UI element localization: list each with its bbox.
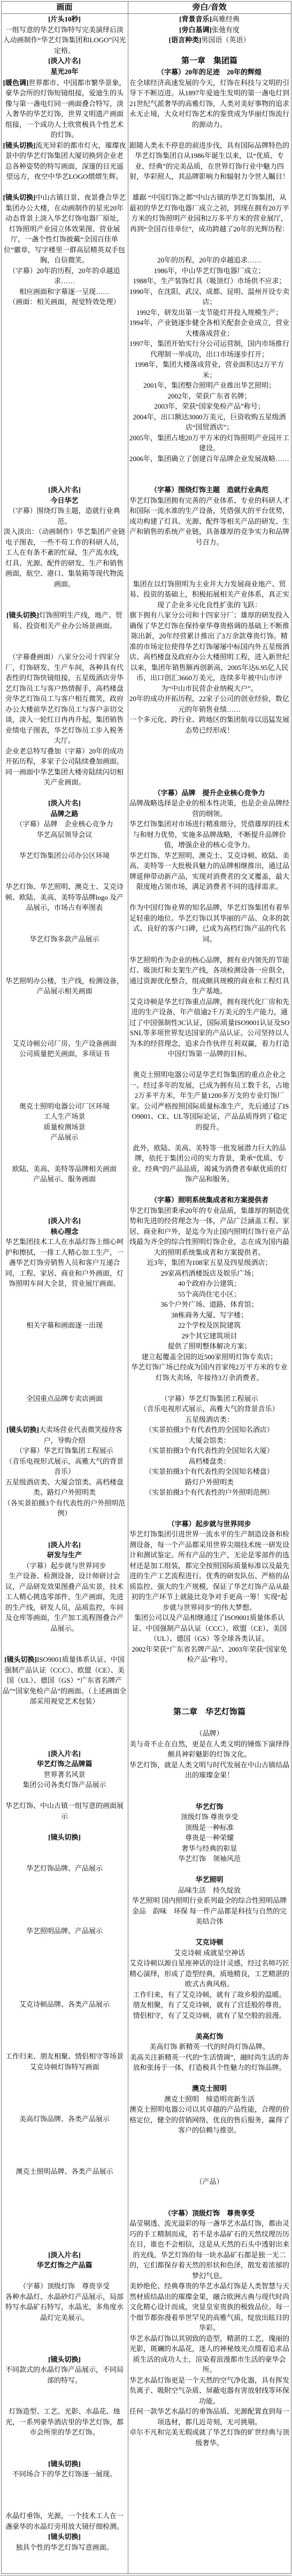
script-line: [旁白基调]张弛有度 (129, 25, 290, 35)
text-run: 2006年，集团确立了创建百年品牌企业发展战略…… (129, 455, 289, 463)
script-line: 华艺灯饰之产品篇 (3, 2260, 127, 2271)
bold-run: 华艺灯饰 (195, 1803, 223, 1811)
text-run: （音乐电视形式展示，高雅大气的背景音乐） (140, 1405, 279, 1413)
text-run: 集团公司以及产品相继通过了ISO9001质量体系认证、中国强制产品认证（CCC）… (132, 1614, 287, 1643)
blank-line (3, 1842, 127, 1853)
script-line: 2002年荣获“广东省名牌产品”、2003年荣获“国家免检产品”称号。 (129, 1644, 290, 1665)
blank-line (129, 547, 290, 558)
section-row: [淡入片名]华艺灯饰之产品篇 （字幕）顶级灯饰 尊贵享受各种水晶灯、水晶砂灯产品… (1, 2176, 291, 2574)
script-line: 五星级酒店类、大厦会馆类、高档楼盘类、路灯户外照明类 (3, 1477, 127, 1498)
blank-line (129, 1791, 290, 1802)
script-line: 华艺灯饰，就是人类文明与时代发展在中山古镇结晶出的璀璨金果！ (129, 1760, 290, 1781)
script-line: 2003年，荣获“国家免检产品”称号； (129, 401, 290, 412)
blank-line (3, 2218, 127, 2229)
blank-line (3, 1195, 127, 1206)
script-line: 华艺灯饰集团拥有完善的产业体系、专业的科研人才和国际一流水准的生产设备，凭借强大… (129, 495, 290, 548)
script-line: 1994年，产业链逐步健全各相关配套企业成立，营业大楼落成营业； (129, 318, 290, 338)
text-run: 建立起覆盖全国的近500家照明灯饰专卖店； (142, 1353, 278, 1361)
blank-line (3, 1331, 127, 1342)
script-line: 研发与生产 (3, 1550, 127, 1561)
bold-run: [镜头切换] (6, 1426, 39, 1434)
text-run: （字幕）围绕灯饰主题，造就行业典范。 (9, 507, 120, 525)
bold-run: [背景音乐] (179, 15, 212, 23)
script-line: 美妙绝伦、经典尊贵的华艺水晶灯饰是人类智慧与天然材质结晶出的璀璨金果，融合欧洲古… (129, 2281, 290, 2333)
script-line: 世界著名风景 (3, 1769, 127, 1780)
blank-line (129, 234, 290, 245)
text-run: 晶莹剔透、流光溢彩的每一盏华艺水晶灯饰，都由灵巧的手工精制而成，若不是水晶矿石的… (129, 2219, 289, 2280)
blank-line (3, 1352, 127, 1362)
bold-run: 澳克士照明 (192, 2084, 227, 2092)
blank-line (3, 1028, 127, 1038)
text-run: 华艺照明作为企业的核心品牌，拥有业内领先的节能灯、吸顶灯和支架生产线，各项检测设… (129, 956, 289, 996)
blank-line (3, 1404, 127, 1414)
blank-line (3, 2083, 127, 2093)
blank-line (3, 1874, 127, 1885)
bold-run: [镜头切换] (3, 141, 36, 149)
blank-line (129, 182, 290, 193)
text-run: 1998年，集团大楼落成营业，营业面积达2万平方米； (135, 360, 285, 379)
bold-run: 第二章 华艺灯饰篇 (173, 1708, 245, 1716)
blank-line (3, 1362, 127, 1373)
script-line: （字幕）围绕灯饰主题 造就行业典范 (129, 485, 290, 495)
text-run: 全国重点品牌专卖店画面 (26, 1395, 103, 1403)
text-run: 1997年，集团开始实行分公司运营制，国内市场推行代理制一举成功，出口市场逐步打… (129, 340, 289, 358)
text-run: 独具个性的华艺灯饰写意画面。 (16, 2543, 113, 2551)
script-line: 全国重点品牌专卖店画面 (3, 1394, 127, 1404)
script-line: 顶级灯饰 尊贵享受 (129, 1812, 290, 1822)
text-run: 任何一款华艺水晶灯的垂饰品质、光源配置直到每一项选材，都几近苛刻，无可挑剔。 (129, 2407, 289, 2426)
bold-run: （字幕）起步就与世界同步 (167, 1520, 251, 1528)
blank-line (129, 2021, 290, 2031)
script-line: 1997年，集团开始实行分公司运营制，国内市场推行代理制一举成功，出口市场逐步打… (129, 338, 290, 359)
section-row: [暖色调]世界都市、中国都市繁华景象，豪华会所的灯饰短镜组接，爱迪生的头像与第一… (1, 78, 291, 193)
text-run: 29家高档酒楼饭店及娱乐广场； (160, 1269, 258, 1277)
script-line: 产品展示 (3, 1132, 127, 1143)
text-run: 旗下拥有八家分公司和十四家分厂；雄厚的研发投入确保了华艺灯饰在保持豪华尊贵格调的… (129, 611, 289, 692)
script-line: 高档楼盘类： (129, 1456, 290, 1467)
bold-run: 艾克诗顿 (195, 1938, 223, 1946)
script-line: 雄踞 “中国灯饰之都”中山古镇的华艺灯饰集团，从最初的华艺灯饰电器厂成立之初，到… (129, 192, 290, 234)
script-line: [淡入片名] (3, 1749, 127, 1759)
blank-line (3, 1957, 127, 1968)
text-run: 提供了照明整体解决方案； (167, 1342, 251, 1350)
text-run: 情侣相守，有了艾克诗顿，就有了星空般的浪漫。 (133, 2012, 286, 2020)
text-run: （字幕）起步就与世界同步 (22, 1562, 106, 1570)
script-line: 华艺水晶灯饰以其别致的造型，精湛的工艺，瑰丽的光影，斑斓的水晶花，迷人的神秘烛光… (129, 2333, 290, 2375)
text-run: 水晶灯垂饰，光源，一个技术工人在一盏豪华的水晶灯旁用放大镜仔细检测。 (5, 2512, 124, 2530)
script-line: [镜头切换]灯饰照明生产线，地产、贸易、投资相关产业办公场景画面。 (3, 610, 127, 631)
script-line: 卓尔不凡和完美无瑕成就了华艺灯饰的旷世经典与顶级奢华。 (129, 2427, 290, 2448)
blank-line (129, 1718, 290, 1729)
blank-line (3, 2020, 127, 2031)
blank-line (3, 2396, 127, 2407)
narration-cell: （产品） （字幕）顶级灯饰 尊贵享受晶莹剔透、流光溢彩的每一盏华艺水晶灯饰，都由… (128, 2176, 291, 2574)
script-line: 华艺灯饰、华艺照明、澳克士、艾克诗顿、欧陆、美高、美特等一大批极具魅力的品牌相继… (129, 850, 290, 892)
script-line: 华艺灯饰集团秉承20年的专业品质，集雄厚的制造优势和先进的经营理念为一体，产品广… (129, 1206, 290, 1258)
blank-line (129, 130, 290, 140)
script-line: [淡入片名] (3, 1540, 127, 1550)
text-run: 产品展示 (50, 1133, 78, 1141)
script-line: [暖色调]世界都市、中国都市繁华景象，豪华会所的灯饰短镜组接，爱迪生的头像与第一… (3, 78, 127, 140)
blank-line (3, 2187, 127, 2198)
script-line: [淡入片名] (3, 2250, 127, 2261)
blank-line (129, 2197, 290, 2208)
narration-cell: （字幕）围绕灯饰主题 造就行业典范华艺灯饰集团拥有完善的产业体系、专业的科研人才… (128, 485, 291, 788)
text-run: 高档楼盘类： (188, 1457, 230, 1465)
script-line: 顶级是一种标准 (129, 1822, 290, 1833)
blank-line (3, 589, 127, 600)
section-row: [片头10秒]一组写意的华艺灯饰特写完美演绎后淡入动画制作“华艺灯饰集团和LOG… (1, 14, 291, 78)
text-run: 不同款式的水晶灯饰产品展示，不同局部的特写。 (5, 2366, 124, 2384)
blank-line (3, 965, 127, 976)
script-line: 38栋商务大厦、写字楼； (129, 1310, 290, 1321)
script-line: 一组写意的华艺灯饰特写完美演绎后淡入动画制作“华艺灯饰集团和LOGO”闪光定格。 (3, 25, 127, 56)
blank-line (3, 1069, 127, 1080)
visuals-cell: [淡入片名]今日华艺（字幕）围绕灯饰主题，造就行业典范。淡入淡出：（动画制作）华… (1, 485, 128, 788)
script-line: 产品展示、服务画面 (3, 1174, 127, 1185)
text-run: 1992年，研发出第一支节能灯并投入规模生产； (136, 308, 282, 317)
blank-line (129, 1927, 290, 1938)
text-run: （产品） (195, 2178, 223, 2186)
text-run: 华艺灯饰集团秉承20年的专业品质，集雄厚的制造优势和先进的经营理念为一体，产品广… (129, 1207, 289, 1256)
text-run: 2001年，集团整合照明产业推出华艺照明； (143, 381, 275, 389)
text-run: 路灯户外照明类 (185, 1478, 234, 1486)
text-run: 灯饰造型、工艺、光影、水晶花、烛光，一系列豪华酒店里的华艺灯饰，都市会所里的华艺… (5, 2407, 124, 2436)
script-line: 美高灯饰 (129, 2031, 290, 2042)
script-line: 欧陆、美高、美特等品牌相关画面 (3, 1164, 127, 1174)
text-run: 奥克士照明电器公司厂区环境 (19, 1102, 110, 1110)
text-run: （字幕叠画面）八家分公司十四家分厂，灯饰研发、生产车间，各种具有代表性的灯饰快镜… (5, 653, 124, 744)
script-line: [片头10秒] (3, 14, 127, 25)
text-run: 奥克士照明电器公司是华艺灯饰集团的重点企业之一。经过多年的发展，已成为拥有员工数… (129, 1071, 289, 1131)
blank-line (3, 2500, 127, 2511)
script-line: 集团在以灯饰照明为主业并大力发展商业地产、贸易、投资的基础上，积极拓展相关产业体… (129, 579, 290, 611)
script-line: 品牌战略选择是企业的根本性决策，也是企业品牌经营的纲领。 (129, 798, 290, 819)
text-run: 淡入淡出：（动画制作）华艺集团产业链电子图表，一些不苟工作的科研人员，工人在有条… (4, 528, 126, 588)
bold-run: [旁白基调] (179, 26, 212, 34)
text-run: （字幕）20年的历程，20年的卓越追求…… (9, 267, 120, 285)
bold-run: [镜头切换] (48, 2533, 81, 2541)
blank-line (3, 2030, 127, 2041)
text-run: 品味生活 持久绽放 (178, 1886, 241, 1894)
script-line: 提供了照明整体解决方案； (129, 1341, 290, 1352)
blank-line (129, 1185, 290, 1195)
script-line: 淡入淡出：（动画制作）华艺集团产业链电子图表，一些不苟工作的科研人员，工人在有条… (3, 526, 127, 589)
narration-cell: 雄踞 “中国灯饰之都”中山古镇的华艺灯饰集团，从最初的华艺灯饰电器厂成立之初，到… (128, 192, 291, 485)
script-line: [淡入片名] (3, 485, 127, 495)
text-run: 2004年，出口额达3000万美元，巨资收购五星级酒店“国贸酒店”； (133, 413, 286, 432)
script-line: 五星级酒店类： (129, 1414, 290, 1425)
text-run: 大卖场营业代表微笑接待客户，导购介绍 (39, 1426, 122, 1444)
script-line: （字幕）品牌 提升企业核心竞争力 (129, 788, 290, 799)
text-run: 雄踞 “中国灯饰之都”中山古镇的华艺灯饰集团，从最初的华艺灯饰电器厂成立之初，到… (129, 193, 289, 233)
script-line: 2005年，集团占地20万平方米的灯饰照明产业园开工建设。 (129, 433, 290, 454)
blank-line (3, 2072, 127, 2083)
text-run: 华艺灯饰集团对市场进行精准细分，凭借雄厚的技术与和财力优势，实施多品牌战略，不断… (129, 820, 289, 849)
text-run: 华艺照明办公楼，生产线，检测设备，产品展示相关画面 (5, 977, 124, 996)
blank-line (3, 1947, 127, 1957)
script-line: [淡入片名] (3, 798, 127, 809)
script-line: （字幕）20年的历程，20年的卓越追求…… (3, 266, 127, 287)
text-run: 20年的历程，20年的卓越追求…… (157, 256, 262, 264)
bold-run: [镜头切换] (48, 2460, 81, 2468)
text-run: 卓尔不凡和完美无瑕成就了华艺灯饰的旷世经典与顶级奢华。 (129, 2428, 289, 2447)
text-run: 40个政府办公建筑； (178, 1279, 241, 1287)
bold-run: [镜头切换] (48, 1833, 81, 1841)
bold-run: 核心理念 (50, 1227, 78, 1236)
script-line: 不同款式的水晶灯饰产品展示，不同局部的特写。 (3, 2364, 127, 2385)
blank-line (3, 1153, 127, 1164)
text-run: 华艺集团技术工人在水晶灯饰上细心呵护和擦拭，一排工人精心加工生产，一盏华艺灯饰旁… (5, 1238, 124, 1287)
script-line: （实景拍摄3个有代表性的全国知名酒店） (129, 1425, 290, 1435)
script-line: 质量检测场景 (3, 1122, 127, 1133)
blank-line (129, 474, 290, 485)
blank-line (3, 1790, 127, 1801)
bold-run: 今日华艺 (50, 496, 78, 504)
script-line: 华艺灯饰、华艺照明、澳克士、艾克诗顿、欧陆、美高、美特等品牌logo 及产品展示… (3, 882, 127, 913)
text-run: 作为中国灯饰业界的知名品牌，华艺灯饰集团有着举足轻重的地位。华艺灯饰以其华丽的产… (129, 903, 289, 943)
blank-line (3, 2344, 127, 2354)
blank-line (3, 2145, 127, 2156)
text-run: 欧陆、美高、美特等品牌相关画面 (12, 1165, 117, 1173)
script-line: [镜头切换]中山古镇日景、夜景叠合华艺集团办公大楼，在动画制作的星光20年动态背… (3, 192, 127, 266)
script-line: （各实景拍摄3个有代表性的户外照明范例） (3, 1498, 127, 1519)
text-run: 1986年，中山华艺灯饰电器厂成立； (153, 267, 265, 275)
blank-line (3, 1978, 127, 1989)
script-line: 华艺灯饰广场已经成为国内首家纯2万平方米的专业灯饰大卖场，年接待3万余消费者。 (129, 1362, 290, 1383)
script-line: 29家高档酒楼饭店及娱乐广场； (129, 1268, 290, 1279)
text-run: 同一画面中华艺集团大楼旁陆续闪切相关产业画面。 (5, 768, 124, 787)
blank-line (129, 2073, 290, 2084)
blank-line (129, 245, 290, 255)
blank-line (3, 2176, 127, 2187)
script-line: 今日华艺 (3, 495, 127, 506)
text-run: 1994年，产业链逐步健全各相关配套企业成立，营业大楼落成营业； (129, 319, 289, 337)
script-line: 华艺集团技术工人在水晶灯饰上细心呵护和擦拭，一排工人精心加工生产，一盏华艺灯饰旁… (3, 1237, 127, 1289)
text-run: （实景拍摄3个有代表性的户外照明范例） (145, 1488, 274, 1496)
text-run: 华艺照明品牌、产品展示 (26, 1927, 103, 1935)
script-line: （实景拍摄3个有代表性的全国知名楼盘） (129, 1466, 290, 1477)
script-line: （字幕叠画面）八家分公司十四家分厂，灯饰研发、生产车间，各种具有代表性的灯饰快镜… (3, 652, 127, 746)
script-line: 美高灯饰 新精英一代的时尚灯饰品牌。 (129, 2042, 290, 2052)
text-run: （各实景拍摄3个有代表性的户外照明范例） (4, 1499, 126, 1518)
section-row: [淡入片名]研发与生产（字幕）起步就与世界同步生产设备、检测设备，设计师研讨会议… (1, 1519, 291, 1707)
script-line: （音乐电视形式展示，高雅大气的背景音乐） (3, 1456, 127, 1477)
blank-line (3, 1080, 127, 1091)
script-line: 工作归来、朋友相聚、情侣相守等场景艾克诗顿灯饰特写画面 (3, 2051, 127, 2072)
blank-line (129, 1498, 290, 1509)
blank-line (3, 1299, 127, 1310)
blank-line (3, 1989, 127, 1999)
script-line: 作为中国灯饰业界的知名品牌，华艺灯饰集团有着举足轻重的地位。华艺灯饰以其华丽的产… (129, 902, 290, 944)
blank-line (3, 2385, 127, 2396)
script-line: 水晶灯垂饰，光源，一个技术工人在一盏豪华的水晶灯旁用放大镜仔细检测。 (3, 2511, 127, 2532)
script-line: 华艺照明品牌、产品展示 (3, 1926, 127, 1937)
text-run: 工作归来，有了艾克诗顿，就有了故乡般的温暖。 (133, 1991, 286, 1999)
section-row: [淡入片名]核心理念华艺集团技术工人在水晶灯饰上细心呵护和擦拭，一排工人精心加工… (1, 1195, 291, 1519)
text-run: 20年的成功开拓历程，22家子公司的创业经验，数亿元的年销售业绩…… (129, 695, 289, 713)
bold-run: 华艺照明 (195, 1875, 223, 1884)
blank-line (3, 1895, 127, 1905)
blank-line (3, 923, 127, 934)
script-line: 尊贵是一种荣耀 (129, 1833, 290, 1843)
text-run: 金品 韵味 环保 每一件产品都是科技与自然的完美结合体 (132, 1907, 287, 1926)
text-run: 中山古镇日景、夜景叠合华艺集团办公大楼，在动画制作的星光20年动态背景上淡入华艺… (4, 193, 126, 264)
blank-line (3, 1341, 127, 1352)
section-row: [淡入片名]今日华艺（字幕）围绕灯饰主题，造就行业典范。淡入淡出：（动画制作）华… (1, 485, 291, 788)
blank-line (3, 1059, 127, 1070)
script-line: 华艺照明 国内照明行业系列最全的综合性照明品牌 (129, 1895, 290, 1906)
script-line: [背景音乐]高雅经典 (129, 14, 290, 25)
text-run: 此外，欧陆、美高、美特等一批发展潜力巨大的品牌，依托于集团公司的实力背景，秉承“… (132, 1144, 288, 1184)
blank-line (129, 464, 290, 474)
blank-line (3, 1644, 127, 1655)
blank-line (129, 1675, 290, 1686)
blank-line (3, 1289, 127, 1300)
text-run: 华艺灯饰广场已经成为国内首家纯2万平方米的专业灯饰大卖场，年接待3万余消费者。 (131, 1363, 288, 1382)
text-run: 朋友相聚，有了艾克诗顿，就有了宫廷般的尊贵。 (133, 2001, 286, 2009)
bold-run: [淡入片名] (48, 1750, 81, 1758)
text-run: 澳克士照明 缔造明亮新生活 (164, 2095, 255, 2103)
text-run: 1988年，生产装饰灯具（吸顶灯）市场供不应求； (133, 277, 286, 285)
text-run: 集团在以灯饰照明为主业并大力发展商业地产、贸易、投资的基础上，积极拓展相关产业体… (129, 580, 289, 609)
text-run: 华艺高层领导会议 (36, 831, 92, 839)
script-line: 各种水晶灯、水晶砂灯产品展示，局部特写水晶矿石特写，水晶光，多角度水晶灯完美展示… (3, 2292, 127, 2323)
script-line: [淡入片名] (3, 1216, 127, 1226)
text-run: 华艺水晶灯饰更是一个天然的空气净化器，具有挥发负离子、吸附空气杂质、屏蔽电器有害… (129, 2376, 289, 2405)
blank-line (129, 2136, 290, 2146)
narration-cell: 第二章 华艺灯饰篇 （品牌）美与奇不止在自然，更是在人类文明的锤炼下演绎得颇具神… (128, 1707, 291, 2177)
text-run: （实景拍摄3个有代表性的全国知名大厦） (145, 1447, 274, 1455)
text-run: 22个学校及医院建筑 (178, 1321, 241, 1329)
script-line: 在全球经济高速发展的今天，灯饰在科技与文明的引导下不断迈进。从1897年爱迪生发… (129, 78, 290, 130)
blank-line (3, 913, 127, 924)
text-run: 2003年，荣获“国家免检产品”称号； (154, 402, 265, 410)
blank-line (3, 2438, 127, 2449)
script-line: 集团公司各类灯饰产品展示 (3, 1780, 127, 1790)
visuals-cell: [镜头切换]中山古镇日景、夜景叠合华艺集团办公大楼，在动画制作的星光20年动态背… (1, 192, 128, 485)
script-line: （字幕）起步就与世界同步 (3, 1561, 127, 1571)
text-run: （字幕）华艺灯饰集团工程展示 (160, 1395, 258, 1403)
script-line: 企业老总特写叠加（字幕）20年的成功开拓历程，多家子公司陆续叠加画面。 (3, 746, 127, 767)
text-run: 华艺灯饰，就是人类文明与时代发展在中山古镇结晶出的璀璨金果！ (129, 1761, 289, 1780)
blank-line (3, 2208, 127, 2219)
bold-run: [淡入片名] (48, 799, 81, 807)
blank-line (3, 600, 127, 611)
text-run: 世界都市、中国都市繁华景象，豪华会所的灯饰短镜组接，爱迪生的头像与第一盏电灯同一… (5, 79, 126, 139)
script-line: 近3年，集团为108家五星及四星级酒店； (129, 1257, 290, 1268)
blank-line (3, 944, 127, 955)
blank-line (129, 1132, 290, 1143)
script-line: 20年的成功开拓历程，22家子公司的创业经验，数亿元的年销售业绩…… (129, 694, 290, 714)
text-run: 尊贵是一种荣耀 (185, 1834, 234, 1842)
blank-line (129, 1665, 290, 1676)
column-header-visuals: 画面 (1, 2, 128, 14)
text-run: 华艺灯饰多款产品展示 (29, 935, 99, 943)
text-run: 各种水晶灯、水晶砂灯产品展示，局部特写水晶矿石特写，水晶光，多角度水晶灯完美展示… (5, 2293, 124, 2322)
script-line: 一个多元化、跨行业、跨地区的集团航母以迅猛发展态势已经形成！ (129, 714, 290, 735)
script-line: [镜头切换]ISO9001质量体系认证、中国强制产品认证（CCC）、欧盟（CE）… (3, 1654, 127, 1707)
text-run: （字幕）华艺灯饰集团工程展示 (16, 1447, 113, 1455)
bold-run: [淡入片名] (48, 486, 81, 494)
bold-run: 美高灯饰 (195, 2032, 223, 2040)
text-run: 华艺灯饰集团引进世界一流水平的生产制造设备和检测设备，每一个产品都采用世界尖端技… (129, 1530, 289, 1611)
bold-run: [镜头切换] (3, 193, 36, 201)
script-line: 同一画面中华艺集团大楼旁陆续闪切相关产业画面。 (3, 767, 127, 788)
script-line: 跟随人类永不停息的前进步伐，具有国际品牌特色的华艺灯饰集团自从1986年诞生以来… (129, 140, 290, 182)
blank-line (129, 944, 290, 955)
script-line: 29个其它建筑项目 (129, 1331, 290, 1342)
script-line: 1988年，生产装饰灯具（吸顶灯）市场供不应求； (129, 276, 290, 287)
bold-run: [暖色调] (3, 79, 29, 87)
script-line: [镜头切换] (3, 2459, 127, 2469)
blank-line (3, 2271, 127, 2281)
blank-line (3, 1414, 127, 1425)
script-line: 澳克士照明电器公司以其卓越的产品性能，合理的价格定位，健全的营销网络，优良的售后… (129, 2104, 290, 2136)
blank-line (129, 892, 290, 903)
script-line: 第一章 集团篇 (129, 56, 290, 67)
text-run: 顶级是一种标准 (185, 1824, 234, 1832)
visuals-cell: [淡入片名]华艺灯饰之产品篇 （字幕）顶级灯饰 尊贵享受各种水晶灯、水晶砂灯产品… (1, 2176, 128, 2574)
bold-run: [淡入片名] (48, 2251, 81, 2259)
blank-line (129, 1781, 290, 1791)
text-run: 华艺灯饰集团拥有完善的产业体系、专业的科研人才和国际一流水准的生产设备，凭借强大… (129, 496, 289, 546)
text-run: 华艺灯饰集团公司办公区环境 (19, 852, 110, 860)
text-run: 大厦会馆类： (188, 1436, 230, 1444)
text-run: 华艺照明 国内照明行业系列最全的综合性照明品牌 (132, 1896, 287, 1904)
script-line: 澳克士照明品牌、各类产品展示 (3, 2166, 127, 2177)
blank-line (3, 2480, 127, 2490)
text-run: 艾克诗顿是华艺灯饰重点品牌，拥有现代化厂房和先进的生产设备，年产值逾2千万美元的… (129, 998, 290, 1058)
blank-line (3, 1373, 127, 1383)
script-line: 朋友相聚，有了艾克诗顿，就有了宫廷般的尊贵。 (129, 2000, 290, 2010)
column-header-narration: 旁白/音效 (128, 2, 291, 14)
text-run: 在全球经济高速发展的今天，灯饰在科技与文明的引导下不断迈进。从1897年爱迪生发… (129, 79, 289, 129)
script-line: 20年的历程，20年的卓越追求…… (129, 255, 290, 266)
text-run: 品牌战略选择是企业的根本性决策，也是企业品牌经营的纲领。 (129, 799, 289, 818)
script-line: 奢华与经典的彰显 (129, 1843, 290, 1854)
bold-run: 第一章 集团篇 (181, 57, 237, 65)
visuals-cell: [淡入片名]核心理念华艺集团技术工人在水晶灯饰上细心呵护和擦拭，一排工人精心加工… (1, 1195, 128, 1519)
bold-run: [淡入片名] (48, 1217, 81, 1225)
text-run: （实景拍摄3个有代表性的全国知名酒店） (145, 1426, 274, 1434)
blank-line (3, 1937, 127, 1947)
text-run: 2002年，荣获广东省名牌； (167, 392, 251, 400)
text-run: 美妙绝伦、经典尊贵的华艺水晶灯饰是人类智慧与天然材质结晶出的璀璨金果，融合欧洲古… (129, 2282, 289, 2332)
script-line: 华艺照明 (129, 1874, 290, 1885)
script-line: 华艺灯饰集团引进世界一流水平的生产制造设备和检测设备，每一个产品都采用世界尖端技… (129, 1529, 290, 1613)
script-line: 澳克士照明 (129, 2083, 290, 2094)
text-run: 29个其它建筑项目 (181, 1332, 237, 1340)
blank-line (3, 2229, 127, 2240)
script-line: 2006年，集团确立了创建百年品牌企业发展战略…… (129, 454, 290, 464)
bold-run: [镜头切换] (4, 1655, 37, 1663)
text-run: 高雅经典 (212, 15, 240, 23)
script-line: 2004年，出口额达3000万美元，巨资收购五星级酒店“国贸酒店”； (129, 412, 290, 433)
blank-line (3, 1821, 127, 1832)
blank-line (129, 2187, 290, 2198)
text-run: 艾克诗顿以源自星座神话的设计灵感，经过名师巧匠精心演绎，形成了造型经典，质地精良… (129, 1959, 289, 1988)
blank-line (3, 840, 127, 850)
script-line: 华艺灯饰、中山古镇一组写意的画面展示 (3, 1801, 127, 1821)
script-line: 工人生产场景 (3, 1111, 127, 1122)
blank-line (3, 1707, 127, 1718)
script-line: 星光20年 (3, 66, 127, 77)
script-line: 奥克士照明电器公司厂区环境 (3, 1101, 127, 1112)
script-line: 华艺灯饰 领袖风范 (129, 1854, 290, 1864)
blank-line (3, 1529, 127, 1540)
blank-line (129, 46, 290, 56)
